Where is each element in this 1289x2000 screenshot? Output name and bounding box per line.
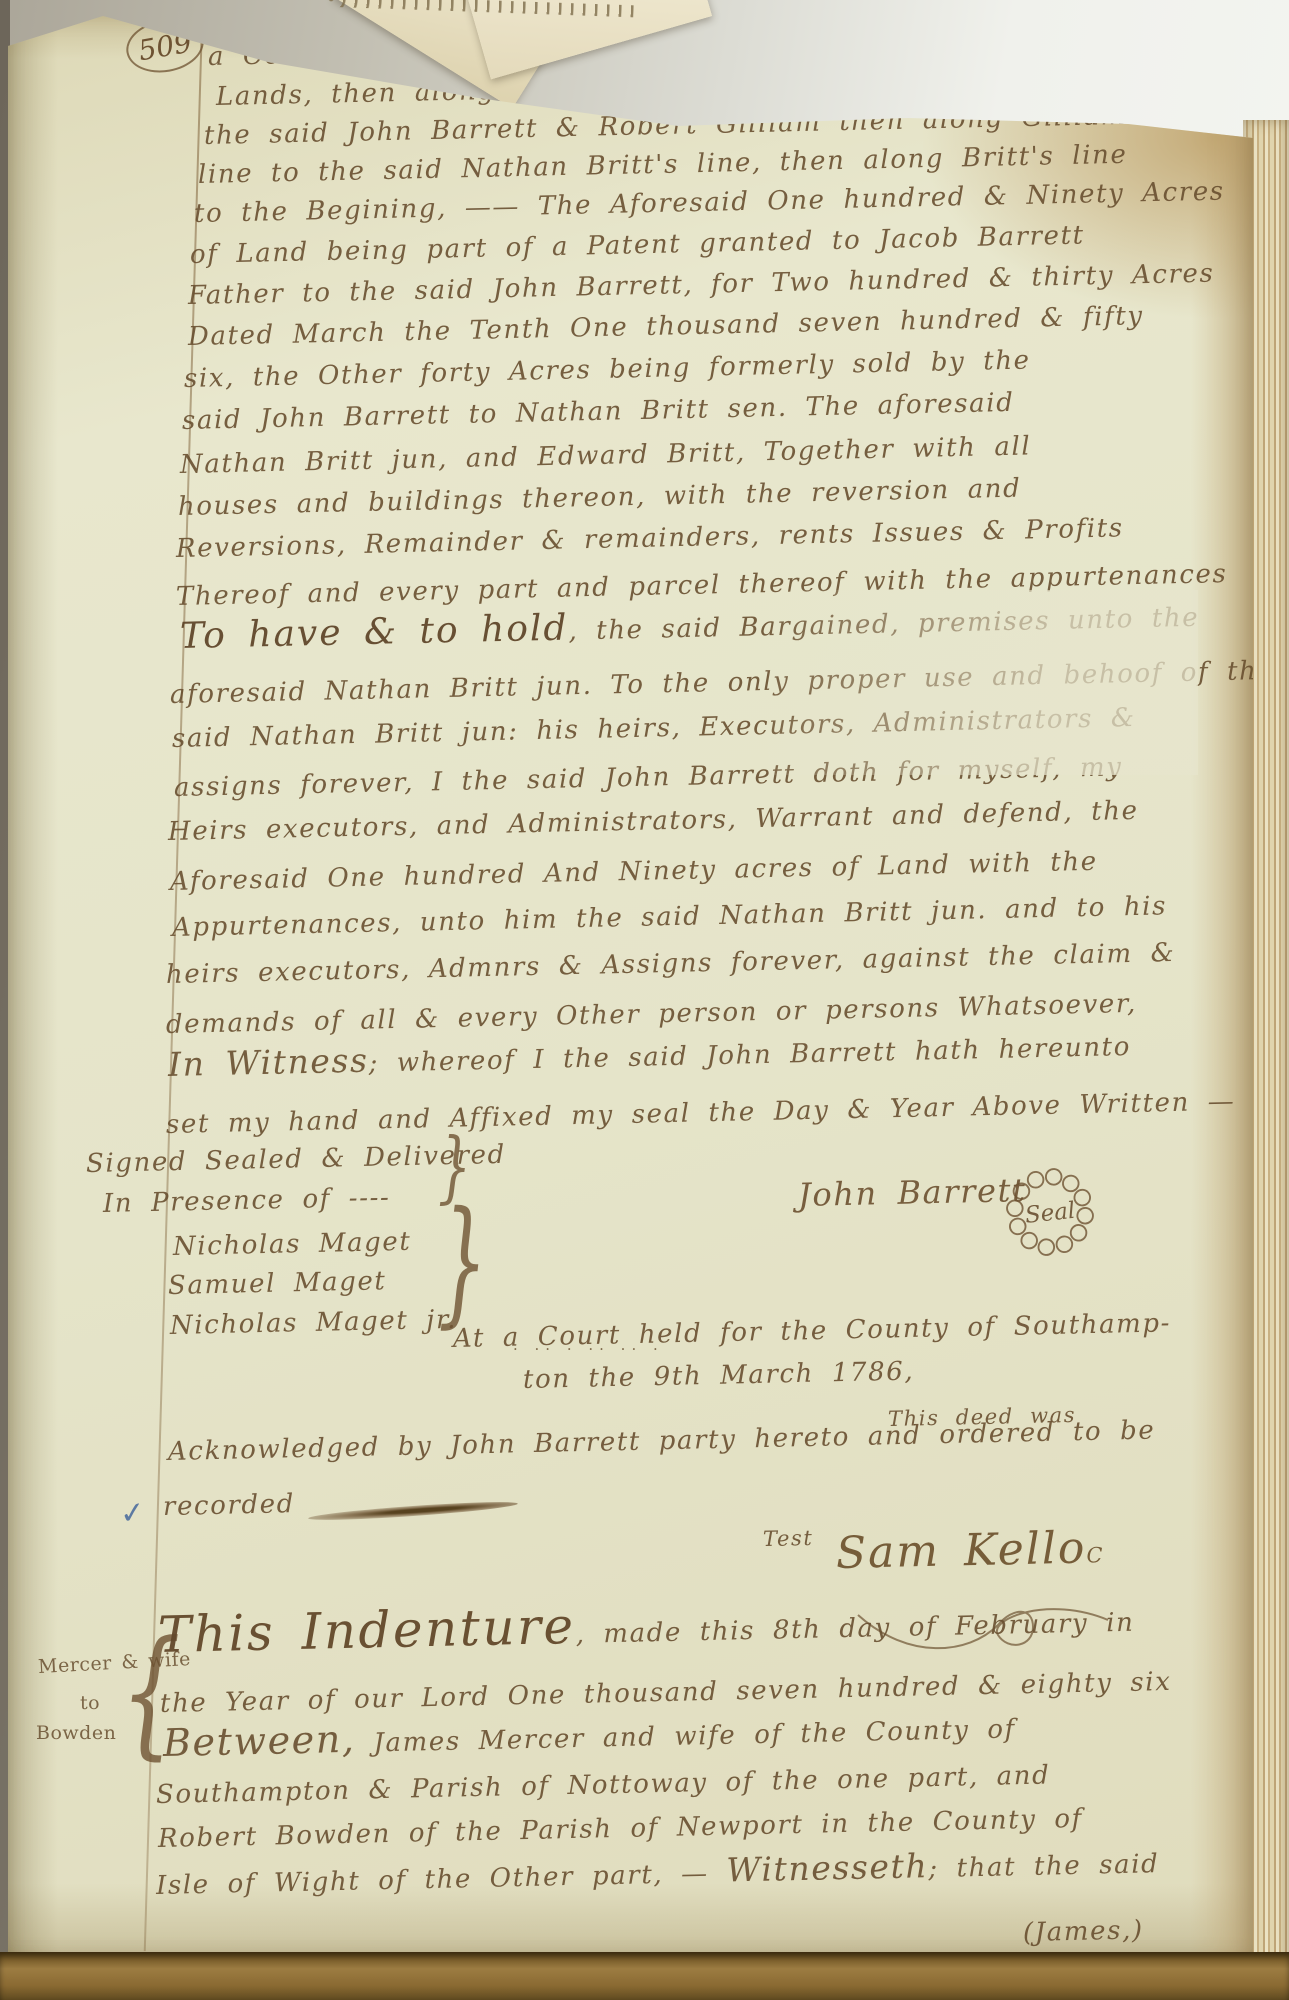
ink-flourish (308, 1499, 518, 1524)
margin-note: Bowden (36, 1722, 116, 1744)
manuscript-line: heirs executors, Admnrs & Assigns foreve… (166, 936, 1176, 992)
manuscript-page: 509 a Corner of the said John Barrett Jo… (8, 0, 1253, 1962)
manuscript-line: Appurtenances, unto him the said Nathan … (172, 889, 1168, 945)
seal-scribble: Seal (993, 1155, 1107, 1269)
court-record-line: ton the 9th March 1786, (523, 1354, 915, 1397)
attestation-line: Signed Sealed & Delivered (86, 1138, 507, 1181)
clerk-signature: Sam KelloC (836, 1531, 1105, 1578)
manuscript-line: Aforesaid One hundred And Ninety acres o… (170, 845, 1098, 899)
deed-book-scan: 509 a Corner of the said John Barrett Jo… (0, 0, 1289, 2000)
manuscript-line: said Nathan Britt jun: his heirs, Execut… (172, 701, 1136, 756)
acknowledgment-line: recorded (163, 1487, 296, 1524)
acknowledgment-line: Acknowledged by John Barrett party heret… (168, 1413, 1156, 1469)
wooden-table-edge (0, 1952, 1289, 2000)
grantor-signature: John Barrett (798, 1173, 1027, 1212)
manuscript-line: Southampton & Parish of Nottoway of the … (156, 1758, 1051, 1812)
witnesseth-word: Witnesseth (726, 1846, 929, 1889)
habendum-opening-words: To have & to hold (180, 608, 569, 657)
witness-name: Nicholas Maget jr. (170, 1303, 458, 1343)
manuscript-line: set my hand and Affixed my seal the Day … (166, 1085, 1236, 1142)
witness-name: Nicholas Maget (173, 1225, 412, 1264)
court-record-line: At a Court held for the County of Southa… (453, 1306, 1172, 1356)
clerk-title: C (1086, 1543, 1105, 1567)
witness-opening-words: In Witness (168, 1041, 369, 1084)
manuscript-line: the Year of our Lord One thousand seven … (160, 1665, 1172, 1721)
test-label: Test (763, 1521, 814, 1556)
manuscript-line: Heirs executors, and Administrators, War… (168, 794, 1139, 849)
witness-name: Samuel Maget (168, 1264, 387, 1303)
witnesseth-line: Isle of Wight of the Other part, — Witne… (156, 1844, 1160, 1903)
attestation-line: In Presence of ---- (103, 1181, 391, 1221)
checkmark-annotation: ✓ (118, 1495, 147, 1532)
manuscript-line: said John Barrett to Nathan Britt sen. T… (182, 386, 1015, 438)
between-word: Between, (162, 1717, 355, 1765)
catchword: (James,) (1023, 1913, 1144, 1950)
indenture-opening-words: This Indenture (157, 1597, 576, 1664)
margin-note: to (80, 1692, 100, 1714)
seal-label: Seal (1024, 1198, 1077, 1229)
